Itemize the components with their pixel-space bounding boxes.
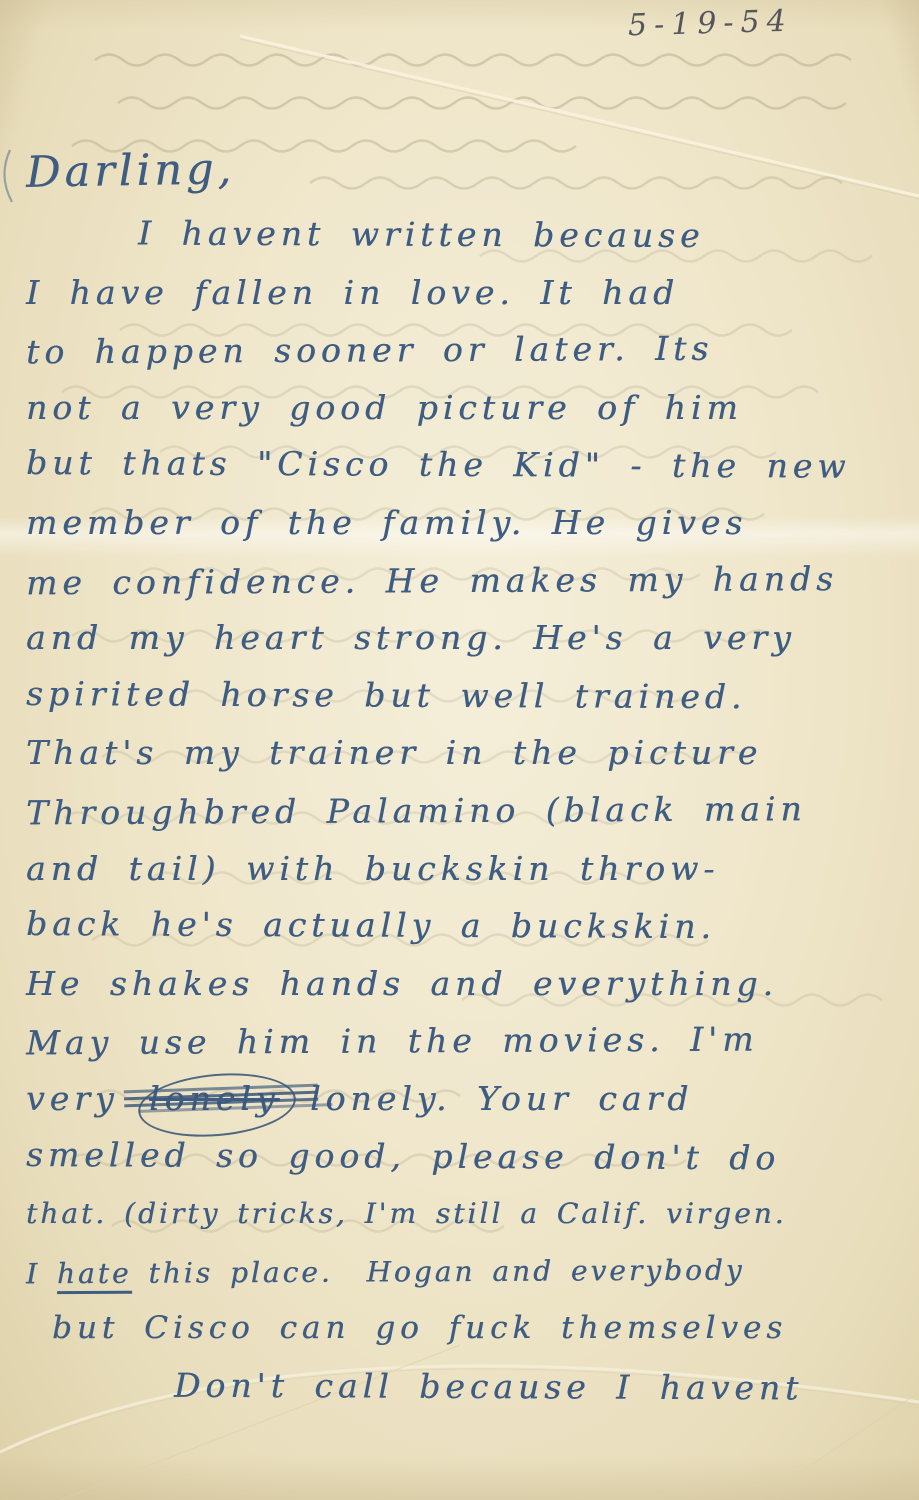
letter-line: not a very good picture of him xyxy=(26,379,919,437)
letter-text: Don't call because I havent xyxy=(174,1366,803,1408)
letter-line: May use him in the movies. I'm xyxy=(26,1010,919,1072)
letter-line: He shakes hands and everything. xyxy=(26,955,919,1013)
bleed-through-squiggle xyxy=(95,55,851,66)
letter-date: 5-19-54 xyxy=(628,4,794,44)
letter-text: smelled so good, please don't do xyxy=(26,1135,780,1177)
letter-line: I have fallen in love. It had xyxy=(26,264,919,322)
letter-text: back he's actually a buckskin. xyxy=(26,904,716,946)
letter-lines: I havent written becauseI have fallen in… xyxy=(26,206,919,1415)
letter-page: 5-19-54 Darling, I havent written becaus… xyxy=(0,0,919,1500)
letter-text: lonely. Your card xyxy=(285,1079,694,1118)
letter-line: Don't call because I havent xyxy=(26,1356,919,1417)
letter-text: That's my trainer in the picture xyxy=(26,733,762,772)
paper-crease xyxy=(240,39,919,199)
letter-text: me confidence. He makes my hands xyxy=(26,559,838,602)
letter-text: Throughbred Palamino (black main xyxy=(26,789,807,832)
letter-line: and tail) with buckskin throw- xyxy=(26,840,919,898)
letter-text: but Cisco can go fuck themselves xyxy=(52,1310,787,1346)
letter-word-underline: hate xyxy=(57,1256,132,1293)
letter-line: spirited horse but well trained. xyxy=(26,665,919,726)
letter-text: this place. Hogan and everybody xyxy=(131,1253,744,1289)
letter-line: smelled so good, please don't do xyxy=(26,1126,919,1187)
letter-text: May use him in the movies. I'm xyxy=(26,1020,759,1063)
letter-text: I have fallen in love. It had xyxy=(26,273,679,312)
letter-line: Throughbred Palamino (black main xyxy=(26,780,919,842)
letter-text: that. (dirty tricks, I'm still a Calif. … xyxy=(26,1197,787,1230)
letter-line: That's my trainer in the picture xyxy=(26,724,919,782)
letter-text: spirited horse but well trained. xyxy=(26,674,747,716)
letter-line: but thats "Cisco the Kid" - the new xyxy=(26,434,919,495)
letter-text: and tail) with buckskin throw- xyxy=(26,849,719,888)
letter-line: back he's actually a buckskin. xyxy=(26,895,919,956)
letter-line: to happen sooner or later. Its xyxy=(26,319,919,381)
letter-text: but thats "Cisco the Kid" - the new xyxy=(26,443,851,486)
letter-text: and my heart strong. He's a very xyxy=(26,618,796,657)
letter-text: He shakes hands and everything. xyxy=(26,964,778,1003)
letter-line: but Cisco can go fuck themselves xyxy=(26,1300,919,1358)
letter-line: and my heart strong. He's a very xyxy=(26,609,919,667)
letter-line: that. (dirty tricks, I'm still a Calif. … xyxy=(26,1185,919,1243)
bleed-through-squiggle xyxy=(118,98,846,109)
letter-text: to happen sooner or later. Its xyxy=(26,329,714,372)
letter-line: member of the family. He gives xyxy=(26,494,919,552)
letter-line: I hate this place. Hogan and everybody xyxy=(26,1240,919,1302)
letter-text: not a very good picture of him xyxy=(26,388,743,427)
letter-text: I havent written because xyxy=(138,214,705,255)
letter-line: me confidence. He makes my hands xyxy=(26,549,919,611)
letter-line: I havent written because xyxy=(26,204,919,265)
paper-crease xyxy=(240,36,919,196)
paper-crease xyxy=(4,150,12,202)
letter-salutation: Darling, xyxy=(26,144,236,198)
letter-line: very lonely lonely. Your card xyxy=(26,1070,919,1128)
letter-text: I xyxy=(26,1257,57,1290)
bleed-through-squiggle xyxy=(310,178,842,189)
letter-word-scribble: lonely xyxy=(144,1070,284,1128)
letter-text: member of the family. He gives xyxy=(26,503,747,542)
